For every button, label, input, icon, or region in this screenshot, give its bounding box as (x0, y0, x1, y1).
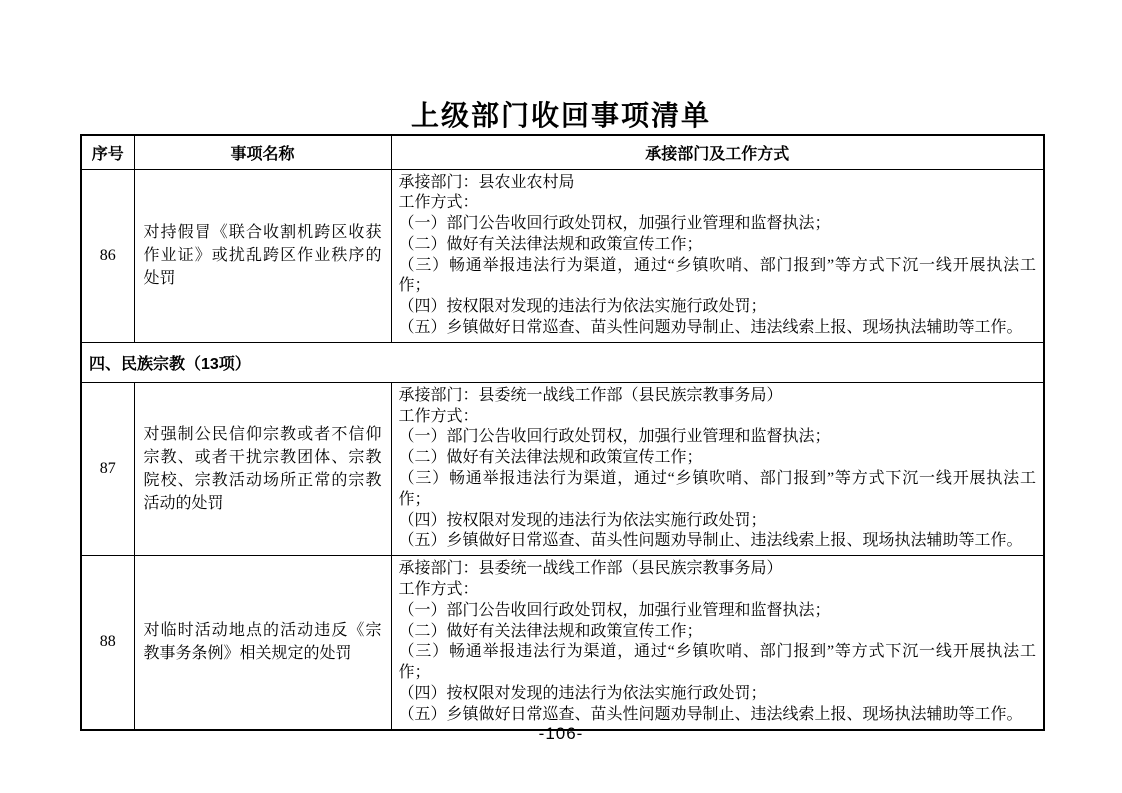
method-label: 工作方式： (399, 407, 1037, 428)
table-row: 86 对持假冒《联合收割机跨区收获作业证》或扰乱跨区作业秩序的处罚 承接部门：县… (81, 169, 1044, 342)
detail-cell: 承接部门：县农业农村局 工作方式： （一）部门公告收回行政处罚权，加强行业管理和… (391, 169, 1044, 342)
table-header-row: 序号 事项名称 承接部门及工作方式 (81, 135, 1044, 169)
items-table: 序号 事项名称 承接部门及工作方式 86 对持假冒《联合收割机跨区收获作业证》或… (80, 134, 1045, 731)
method-line: （一）部门公告收回行政处罚权，加强行业管理和监督执法； (399, 427, 1037, 448)
header-name: 事项名称 (134, 135, 391, 169)
dept-line: 承接部门：县委统一战线工作部（县民族宗教事务局） (399, 559, 1037, 580)
dept-line: 承接部门：县农业农村局 (399, 173, 1037, 194)
item-name: 对临时活动地点的活动违反《宗教事务条例》相关规定的处罚 (134, 556, 391, 730)
dept-line: 承接部门：县委统一战线工作部（县民族宗教事务局） (399, 386, 1037, 407)
page-title: 上级部门收回事项清单 (0, 94, 1122, 134)
page-number: -106- (0, 724, 1122, 744)
table-row: 88 对临时活动地点的活动违反《宗教事务条例》相关规定的处罚 承接部门：县委统一… (81, 556, 1044, 730)
item-name: 对持假冒《联合收割机跨区收获作业证》或扰乱跨区作业秩序的处罚 (134, 169, 391, 342)
row-number: 86 (81, 169, 134, 342)
document-page: 上级部门收回事项清单 序号 事项名称 承接部门及工作方式 86 对持假冒《联合收… (0, 0, 1122, 793)
method-line: （四）按权限对发现的违法行为依法实施行政处罚； (399, 297, 1037, 318)
method-label: 工作方式： (399, 580, 1037, 601)
method-label: 工作方式： (399, 193, 1037, 214)
method-line: （三）畅通举报违法行为渠道，通过“乡镇吹哨、部门报到”等方式下沉一线开展执法工作… (399, 469, 1037, 511)
table-row: 87 对强制公民信仰宗教或者不信仰宗教、或者干扰宗教团体、宗教院校、宗教活动场所… (81, 382, 1044, 555)
method-line: （四）按权限对发现的违法行为依法实施行政处罚； (399, 684, 1037, 705)
detail-cell: 承接部门：县委统一战线工作部（县民族宗教事务局） 工作方式： （一）部门公告收回… (391, 382, 1044, 555)
row-number: 87 (81, 382, 134, 555)
row-number: 88 (81, 556, 134, 730)
header-no: 序号 (81, 135, 134, 169)
detail-cell: 承接部门：县委统一战线工作部（县民族宗教事务局） 工作方式： （一）部门公告收回… (391, 556, 1044, 730)
method-line: （三）畅通举报违法行为渠道，通过“乡镇吹哨、部门报到”等方式下沉一线开展执法工作… (399, 256, 1037, 298)
method-line: （四）按权限对发现的违法行为依法实施行政处罚； (399, 511, 1037, 532)
method-line: （五）乡镇做好日常巡查、苗头性问题劝导制止、违法线索上报、现场执法辅助等工作。 (399, 705, 1037, 726)
method-line: （一）部门公告收回行政处罚权，加强行业管理和监督执法； (399, 601, 1037, 622)
method-line: （二）做好有关法律法规和政策宣传工作； (399, 235, 1037, 256)
item-name: 对强制公民信仰宗教或者不信仰宗教、或者干扰宗教团体、宗教院校、宗教活动场所正常的… (134, 382, 391, 555)
method-line: （二）做好有关法律法规和政策宣传工作； (399, 622, 1037, 643)
method-line: （五）乡镇做好日常巡查、苗头性问题劝导制止、违法线索上报、现场执法辅助等工作。 (399, 318, 1037, 339)
method-line: （一）部门公告收回行政处罚权，加强行业管理和监督执法； (399, 214, 1037, 235)
section-label: 四、民族宗教（13项） (81, 342, 1044, 382)
header-detail: 承接部门及工作方式 (391, 135, 1044, 169)
section-row: 四、民族宗教（13项） (81, 342, 1044, 382)
method-line: （二）做好有关法律法规和政策宣传工作； (399, 448, 1037, 469)
method-line: （五）乡镇做好日常巡查、苗头性问题劝导制止、违法线索上报、现场执法辅助等工作。 (399, 531, 1037, 552)
method-line: （三）畅通举报违法行为渠道，通过“乡镇吹哨、部门报到”等方式下沉一线开展执法工作… (399, 642, 1037, 684)
